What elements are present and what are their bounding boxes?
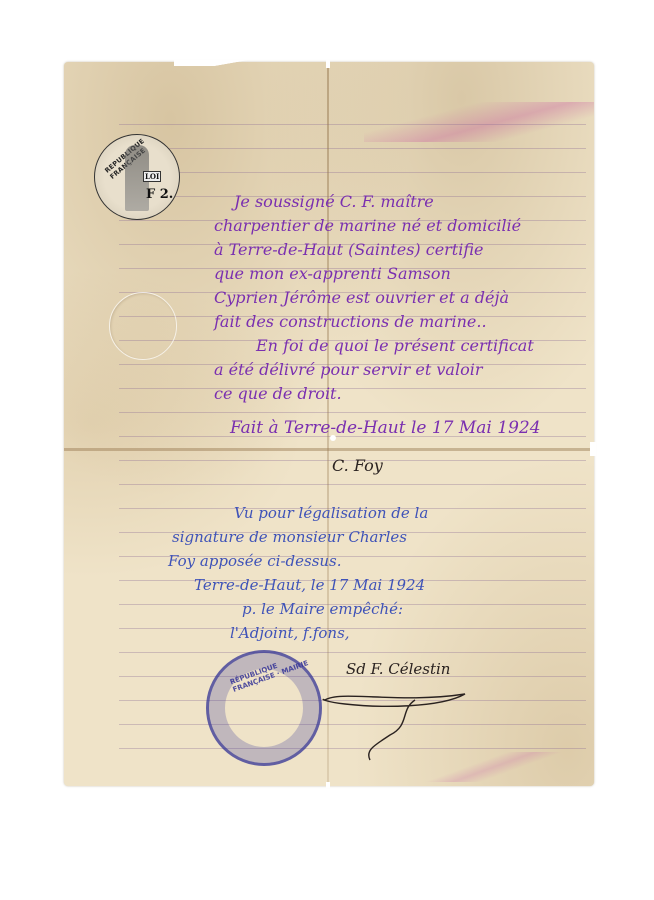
legalization-line: Vu pour légalisation de la: [234, 504, 428, 522]
ruled-line: [119, 412, 586, 413]
ink-stain: [364, 102, 594, 142]
certificate-line: à Terre-de-Haut (Saintes) certifie: [214, 240, 484, 259]
ruled-line: [119, 388, 586, 389]
paper-tear: [326, 60, 330, 68]
signature-celestin: Sd F. Célestin: [346, 660, 450, 678]
legalization-line: p. le Maire empêché:: [242, 600, 403, 618]
certificate-line: charpentier de marine né et domicilié: [214, 216, 521, 235]
embossed-seal-icon: [109, 292, 177, 360]
certificate-line: fait des constructions de marine..: [214, 312, 487, 331]
ruled-line: [119, 628, 586, 629]
legalization-line: Foy apposée ci-dessus.: [168, 552, 342, 570]
certificate-paper: REPUBLIQUE FRANÇAISE LOI F 2. Je soussig…: [64, 62, 594, 786]
seal-value: F 2.: [146, 187, 173, 202]
certificate-date-line: Fait à Terre-de-Haut le 17 Mai 1924: [230, 418, 541, 438]
paper-tear: [590, 442, 596, 456]
municipal-stamp-icon: RÉPUBLIQUE FRANÇAISE · MAIRIE: [206, 650, 322, 766]
certificate-line: ce que de droit.: [214, 384, 342, 403]
paper-tear: [174, 60, 324, 66]
certificate-line: Cyprien Jérôme est ouvrier et a déjà: [214, 288, 509, 307]
revenue-seal-icon: REPUBLIQUE FRANÇAISE LOI F 2.: [94, 134, 180, 220]
seal-tablet-text: LOI: [143, 171, 161, 182]
signature-c-foy: C. Foy: [332, 456, 383, 475]
legalization-line: signature de monsieur Charles: [172, 528, 407, 546]
ruled-line: [119, 172, 586, 173]
paper-tear: [326, 782, 330, 788]
legalization-line: Terre-de-Haut, le 17 Mai 1924: [194, 576, 425, 594]
certificate-line: Je soussigné C. F. maître: [234, 192, 434, 211]
certificate-line: que mon ex-apprenti Samson: [214, 264, 451, 283]
certificate-line: En foi de quoi le présent certificat: [256, 336, 534, 355]
ruled-line: [119, 484, 586, 485]
legalization-line: l'Adjoint, f.fons,: [230, 624, 350, 642]
ruled-line: [119, 652, 586, 653]
stamp-text: RÉPUBLIQUE FRANÇAISE · MAIRIE: [229, 648, 319, 694]
ruled-line: [119, 148, 586, 149]
fold-crease-horizontal: [64, 448, 594, 451]
ruled-line: [119, 124, 586, 125]
signature-flourish-icon: [320, 690, 470, 770]
certificate-line: a été délivré pour servir et valoir: [214, 360, 482, 379]
